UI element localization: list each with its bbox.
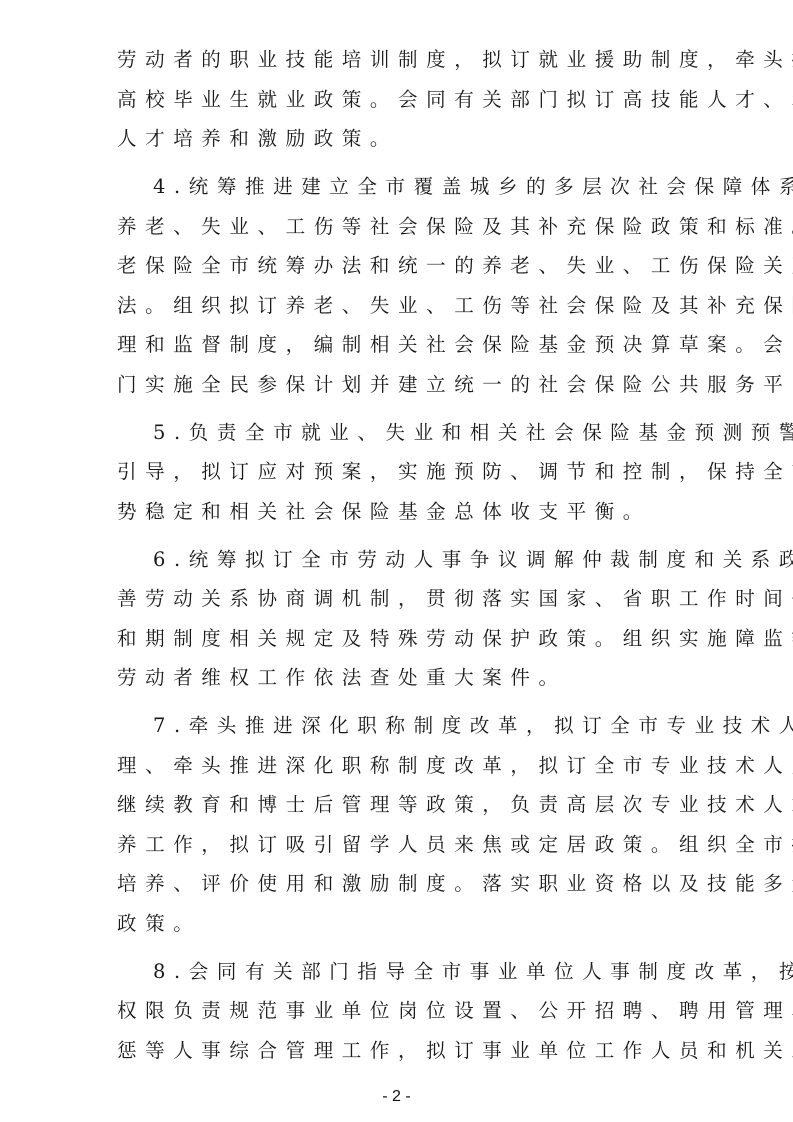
paragraph-item-4: 4.统筹推进建立全市覆盖城乡的多层次社会保障体系。拟订 养老、失业、工伤等社会保… [117, 167, 685, 404]
text-line: 5.负责全市就业、失业和相关社会保险基金预测预警和信息 [117, 413, 685, 453]
page-number: - 2 - [0, 1088, 793, 1106]
paragraph-item-8: 8.会同有关部门指导全市事业单位人事制度改革，按照管理 权限负责规范事业单位岗位… [117, 952, 685, 1071]
paragraph-item-5: 5.负责全市就业、失业和相关社会保险基金预测预警和信息 引导，拟订应对预案，实施… [117, 413, 685, 532]
text-line: 4.统筹推进建立全市覆盖城乡的多层次社会保障体系。拟订 [117, 167, 685, 207]
text-line: 权限负责规范事业单位岗位设置、公开招聘、聘用管理、考核奖 [117, 991, 685, 1031]
document-page: 劳动者的职业技能培训制度，拟订就业援助制度，牵头拟订全市 高校毕业生就业政策。会… [0, 0, 793, 1122]
text-line: 7.牵头推进深化职称制度改革，拟订全市专业技术人员管 [117, 706, 685, 746]
text-line: 养工作，拟订吸引留学人员来焦或定居政策。组织全市技能人才 [117, 825, 685, 865]
text-line: 政策。 [117, 904, 685, 944]
text-line: 高校毕业生就业政策。会同有关部门拟订高技能人才、农村实用 [117, 80, 685, 120]
text-line: 养老、失业、工伤等社会保险及其补充保险政策和标准。拟订养 [117, 207, 685, 247]
text-line: 法。组织拟订养老、失业、工伤等社会保险及其补充保险基金管 [117, 286, 685, 326]
paragraph-item-7: 7.牵头推进深化职称制度改革，拟订全市专业技术人员管 理、牵头推进深化职称制度改… [117, 706, 685, 943]
text-line: 引导，拟订应对预案，实施预防、调节和控制，保持全市就业形 [117, 452, 685, 492]
text-line: 6.统筹拟订全市劳动人事争议调解仲裁制度和关系政策，完 [117, 540, 685, 580]
text-line: 老保险全市统筹办法和统一的养老、失业、工伤保险关系转续办 [117, 246, 685, 286]
text-line: 势稳定和相关社会保险基金总体收支平衡。 [117, 492, 685, 532]
text-line: 善劳动关系协商调机制，贯彻落实国家、省职工作时间休息休假 [117, 579, 685, 619]
text-line: 继续教育和博士后管理等政策，负责高层次专业技术人才选拔培 [117, 785, 685, 825]
paragraph-item-6: 6.统筹拟订全市劳动人事争议调解仲裁制度和关系政策，完 善劳动关系协商调机制，贯… [117, 540, 685, 698]
text-line: 8.会同有关部门指导全市事业单位人事制度改革，按照管理 [117, 952, 685, 992]
document-body: 劳动者的职业技能培训制度，拟订就业援助制度，牵头拟订全市 高校毕业生就业政策。会… [117, 40, 685, 1079]
text-line: 劳动者的职业技能培训制度，拟订就业援助制度，牵头拟订全市 [117, 40, 685, 80]
text-line: 劳动者维权工作依法查处重大案件。 [117, 658, 685, 698]
text-line: 理和监督制度，编制相关社会保险基金预决算草案。会同有关部 [117, 325, 685, 365]
text-line: 惩等人事综合管理工作，拟订事业单位工作人员和机关工勤人员 [117, 1031, 685, 1071]
text-line: 培养、评价使用和激励制度。落实职业资格以及技能多元化评价 [117, 864, 685, 904]
paragraph-continuation: 劳动者的职业技能培训制度，拟订就业援助制度，牵头拟订全市 高校毕业生就业政策。会… [117, 40, 685, 159]
text-line: 理、牵头推进深化职称制度改革，拟订全市专业技术人员管理、 [117, 746, 685, 786]
text-line: 人才培养和激励政策。 [117, 119, 685, 159]
text-line: 门实施全民参保计划并建立统一的社会保险公共服务平台。 [117, 365, 685, 405]
text-line: 和期制度相关规定及特殊劳动保护政策。组织实施障监察，协调 [117, 619, 685, 659]
